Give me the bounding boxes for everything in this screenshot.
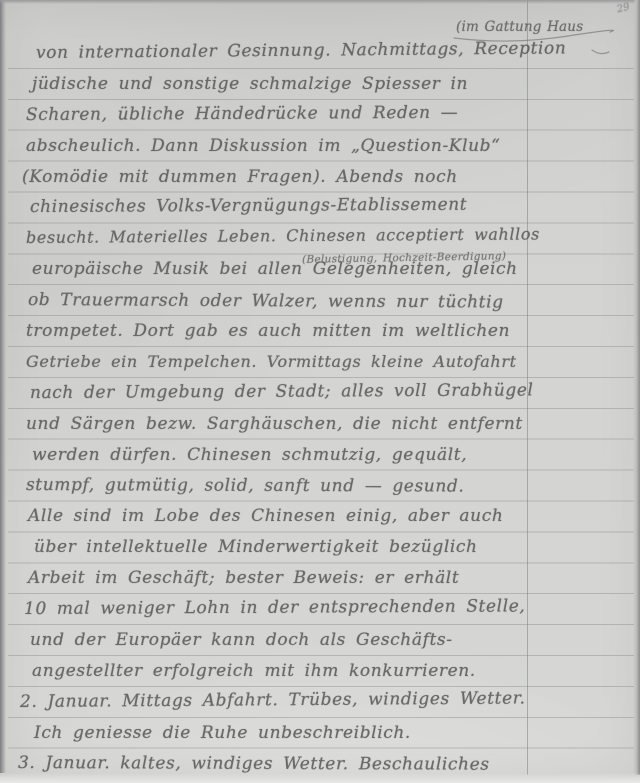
manuscript-line: Getriebe ein Tempelchen. Vormittags klei… <box>26 347 626 378</box>
manuscript-line: von internationaler Gesinnung. Nachmitta… <box>36 33 626 69</box>
manuscript-line: über intellektuelle Minderwertigkeit bez… <box>34 532 626 563</box>
scan-edge-top <box>0 0 640 4</box>
manuscript-line: jüdische und sonstige schmalzige Spiesse… <box>32 69 626 100</box>
manuscript-line: werden dürfen. Chinesen schmutzig, gequä… <box>32 440 626 471</box>
manuscript-line: chinesisches Volks-Vergnügungs-Etablisse… <box>30 189 626 223</box>
manuscript-line: 10 mal weniger Lohn in der entsprechende… <box>24 591 626 625</box>
scan-edge-bottom <box>0 773 640 783</box>
manuscript-line: ob Trauermarsch oder Walzer, wenns nur t… <box>28 285 626 319</box>
manuscript-line: trompetet. Dort gab es auch mitten im we… <box>26 316 626 347</box>
diary-text-block: von internationaler Gesinnung. Nachmitta… <box>16 38 626 779</box>
manuscript-line: abscheulich. Dann Diskussion im „Questio… <box>26 131 626 162</box>
manuscript-line: (Komödie mit dummen Fragen). Abends noch <box>22 162 626 193</box>
manuscript-line: angestellter erfolgreich mit ihm konkurr… <box>32 656 626 687</box>
manuscript-line: 2. Januar. Mittags Abfahrt. Trübes, wind… <box>20 682 626 717</box>
manuscript-line: nach der Umgebung der Stadt; alles voll … <box>30 375 626 409</box>
manuscript-line: und der Europäer kann doch als Geschäfts… <box>30 625 626 656</box>
manuscript-line: Arbeit im Geschäft; bester Beweis: er er… <box>28 563 626 594</box>
manuscript-line: besucht. Materielles Leben. Chinesen acc… <box>26 219 626 254</box>
manuscript-line: Scharen, übliche Händedrücke und Reden — <box>26 97 626 131</box>
scan-edge-left <box>0 0 6 773</box>
manuscript-line: und Särgen bezw. Sarghäuschen, die nicht… <box>26 409 626 440</box>
manuscript-page: 29 (im Gattung Haus von internationaler … <box>0 0 640 783</box>
manuscript-line: Ich geniesse die Ruhe unbeschreiblich. <box>34 718 626 749</box>
scan-edge-right <box>633 0 640 775</box>
manuscript-line: stumpf, gutmütig, solid, sanft und — ges… <box>26 470 626 503</box>
manuscript-line: Alle sind im Lobe des Chinesen einig, ab… <box>28 501 626 532</box>
